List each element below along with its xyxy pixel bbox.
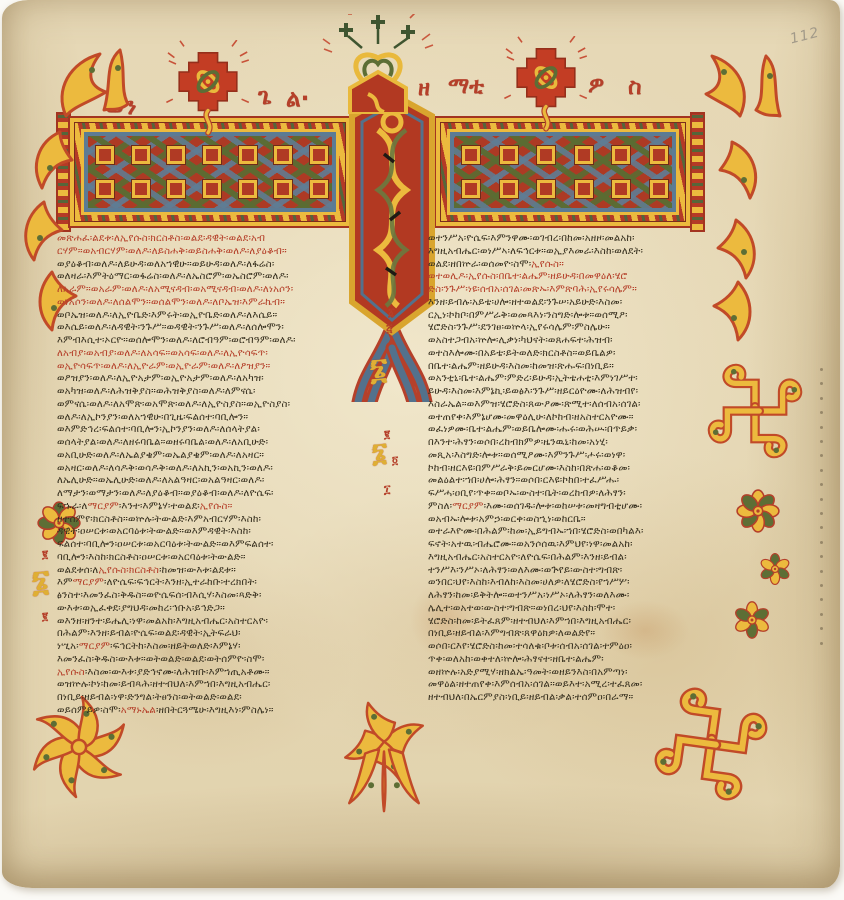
text-line: ወቦኤዝ፡ወለዶ፡ለኢዮቤድ፡እምሩት፡ወኢዮቤድ፡ወለዶ፡ለእሴይ።: [57, 310, 353, 323]
text-line: ምስለ፡ማርያም፡እሙ፡ወሰገዱ፡ሎቱ፡ወከሠቱ፡መዛግብቲሆሙ፡: [428, 501, 730, 514]
text-line: ወአንቲኒ፡ቤተ፡ልሔም፡ምድረ፡ይሁዳ፡ኢትቴሐቲ፡እምነገሥተ፡: [428, 373, 730, 386]
text-line: በቤተ፡ልሔም፡ዘይሁዳ፡እስመ፡ከመዝ፡ጽሑፍ፡በነቢይ።: [428, 361, 730, 374]
title-part: ስ: [628, 74, 642, 100]
stepped-cross-right: [504, 36, 588, 140]
text-line: ዘተብህለ፡በኤርምያስ፡ነቢይ፡ዘይብል፡ቃል፡ተሰምዐ፡በራማ።: [428, 692, 730, 705]
text-line: ርሃም።ወአብርሃም፡ወለዶ፡ለይስሐቅ፡ወይስሐቅ፡ወለዶ፡ለያዕቆብ።: [57, 246, 353, 259]
text-line: ባቢሎን፡እስከ፡ክርስቶስ፡ዐሠርቱ፡ወአርባዕቱ፡ትውልድ።: [57, 552, 353, 565]
stud-square: [612, 180, 630, 198]
text-line: እግዚአብሔር፡አስተርአዮ፡ለዮሴፍ፡በሕልም፡እንዘ፡ይብል፡: [428, 552, 730, 565]
section-number: ፪: [42, 610, 48, 624]
text-line: ወለዛራ፡እምትዕማር፡ወፋሬስ፡ወለዶ፡ለኤስሮም፡ወኤስሮም፡ወለዶ፡: [57, 271, 353, 284]
interlace-lattice-field: [454, 136, 672, 208]
text-line: ወእምድኅረ፡ፍልሰተ፡ባቢሎን፡ኢኮንያን፡ወለዶ፡ለሰላትያል፡: [57, 424, 353, 437]
title-part: ጌ: [258, 84, 272, 110]
text-line: ወዖዝያን፡ወለዶ፡ለኢዮአታም፡ወኢዮአታም፡ወለዶ፡ለአካዝ፡: [57, 373, 353, 386]
text-line: ሌሊተ፡ወአተወ፡ውስተ፡ግብጽ።ወነበረ፡ህየ፡እስከ፡ሞተ፡: [428, 603, 730, 616]
pricking-dot: [820, 469, 823, 472]
stud-square: [575, 146, 593, 164]
text-line: ወአዛር፡ወለዶ፡ለሳዶቅ፡ወሳዶቅ፡ወለዶ፡ለአኪን፡ወአኪን፡ወለዶ፡: [57, 463, 353, 476]
stud-square: [500, 180, 518, 198]
text-line: ወይሰምይዎ፡ስሞ፡አማኑኤል፡ዘበትርጓሜሁ፡እግዚእነ፡ምስሌነ።: [57, 705, 353, 718]
text-line: እስራኤል።ወእምዝ፡ሄሮድስ፡ጸውዖሙ፡ጽሚተ፡ለሰብአ፡ሰገል፡: [428, 399, 730, 412]
text-line: መጺአ፡እስግድ፡ሎቱ።ወሰሚዖሙ፡እምንጉሥ፡ሖሩ፡ወነዋ፡: [428, 450, 730, 463]
stud-square: [239, 180, 257, 198]
text-line: ወተስእሎሙ፡በአይቴ፡ይትወለድ፡ክርስቶስ።ወይቤልዎ፡: [428, 348, 730, 361]
text-line: ኢየሱስ፡እስመ፡ውእቱ፡ያድኅኖሙ፡ለሕዝቡ፡እምኀጢአቶሙ።: [57, 667, 353, 680]
text-line: ፍልሰተ፡ባቢሎን፡ዐሠርቱ፡ወአርባዕቱ፡ትውልድ።ወእምፍልሰተ፡: [57, 539, 353, 552]
title-part: ዎ: [588, 72, 604, 98]
section-number: ፮: [370, 352, 388, 387]
text-line: መዋዕል፡ዘተጠየቀ፡እምሰብአ፡ሰገል።ወይእተ፡አሚረ፡ተፈጸመ፡: [428, 679, 730, 692]
text-line: መጽሐፈ፡ልደቱ፡ለኢየሱስ፡ክርስቶስ፡ወልደ፡ዳዊት፡ወልደ፡አብ: [57, 233, 353, 246]
top-finial-triple-cross: [322, 14, 434, 114]
text-line: ፍኖት፡አተዉ፡ብሔሮሙ።ወአንሶሰዉ፡እምህየ፡ነዋ፡መልአከ፡: [428, 539, 730, 552]
pricking-dot: [820, 584, 823, 587]
text-line: ወፈነዎሙ፡ቤተ፡ልሔም፡ወይቤሎሙ፡ሑሩ፡ወሕሡ፡በጥይቃ፡: [428, 424, 730, 437]
pricking-dot: [820, 642, 823, 645]
text-line: ወዝኵሉ፡ኮነ፡ከመ፡ይብጻሕ፡ዘተብህለ፡እምኀበ፡እግዚአብሔር፡: [57, 679, 353, 692]
text-line: ወነአሶን፡ወለዶ፡ለሰልሞን።ወሰልሞን፡ወለዶ፡ለቦኤዝ፡እምራኬብ።: [57, 297, 353, 310]
stud-square: [310, 180, 328, 198]
text-line: ወተወሊዶ፡ኢየሱስ፡በቤተ፡ልሔም፡ዘይሁዳ፡በመዋዕለ፡ሄሮ: [428, 271, 730, 284]
stud-square: [650, 180, 668, 198]
text-line: ሄሮድስ፡ንጉሥ፡ደንገፀ፡ወኵላ፡ኢየሩሳሌም፡ምስሌሁ።: [428, 322, 730, 335]
stud-square: [500, 146, 518, 164]
stud-square: [203, 146, 221, 164]
text-line: ወኢዮሳፍጥ፡ወለዶ፡ለኢዮራም፡ወኢዮራም፡ወለዶ፡ለዖዝያን።: [57, 361, 353, 374]
text-line: እንዘ፡ይብሉ፡አይቴ፡ሀሎ፡ዘተወልደ፡ንጉሠ፡አይሁድ፡እስመ፡: [428, 297, 730, 310]
text-line: ሄሮድስ፡ከመ፡ይትፈጸም፡ዘተብህለ፡እምኀበ፡እግዚአብሔር፡: [428, 616, 730, 629]
text-line: ወምናሴ፡ወለዶ፡ለአሞጽ፡ወአሞጽ፡ወለዶ፡ለኢዮስያስ።ወኢዮስያስ፡: [57, 399, 353, 412]
text-line: ነሢአ፡ማርያም፡ፍኅርትከ፡እስመ፡ዘይትወለድ፡እምኔሃ፡: [57, 641, 353, 654]
text-line: ወሰላትያል፡ወለዶ፡ለዘሩባቤል።ወዘሩባቤል፡ወለዶ፡ለአቢሁድ፡: [57, 437, 353, 450]
text-line: እመንፈስ፡ቅዱስ፡ውእቱ።ወትወልድ፡ወልደ፡ወትሰምዮ፡ስሞ፡: [57, 654, 353, 667]
stud-square: [239, 146, 257, 164]
stud-square: [650, 146, 668, 164]
section-number: ፮: [32, 564, 50, 599]
text-line: ለማታን፡ወማታን፡ወለዶ፡ለያዕቆብ።ወያዕቆብ፡ወለዶ፡ለዮሴፍ፡: [57, 488, 353, 501]
text-line: ድስ፡ንጉሥ፡ነዩ፡ሰብአ፡ሰገል፡መጽኡ፡እምጽባሕ፡ኢየሩሳሌም።: [428, 284, 730, 297]
pricking-dot: [820, 541, 823, 544]
stud-square: [462, 180, 480, 198]
text-line: ወእሴይ፡ወለዶ፡ለዳዊት፡ንጉሥ።ወዳዊት፡ንጉሥ፡ወለዶ፡ለሰሎሞን፡: [57, 322, 353, 335]
pricking-dot: [820, 498, 823, 501]
text-line: ኮከብ፡ዘርእዩ፡በምሥራቅ፡ይመርሆሙ፡እስከ፡በጽሐ፡ወቆመ፡: [428, 463, 730, 476]
stud-square: [274, 146, 292, 164]
stud-square: [310, 146, 328, 164]
stepped-cross-left: [166, 40, 250, 144]
text-line: ወልደቱሰ፡ለኢየሱስ፡ክርስቶስ፡ከመዝ፡ውእቱ፡ልደቱ።: [57, 565, 353, 578]
text-line: ርኢነ፡ኮከቦ፡በምሥራቅ፡ወመጻእነ፡ንስግድ፡ሎቱ።ወሰሚዖ፡: [428, 310, 730, 323]
pricking-dot: [820, 512, 823, 515]
text-line: ፅንስተ፡እመንፈስ፡ቅዱስ።ወዮሴፍሰ፡ብእሲሃ፡እስመ፡ጻድቅ፡: [57, 590, 353, 603]
text-line: ለሕፃን፡ከመ፡ይቅትሎ።ወተንሥአ፡ነሥኦ፡ለሕፃን፡ወለእሙ፡: [428, 590, 730, 603]
text-line: ወዘኵሉ፡አድያሚሃ፡ዘክልኤ፡ዓመት፡ወዘይንእስ፡በአምጣነ፡: [428, 667, 730, 680]
text-line: ወንበር፡ህየ፡እስከ፡እብለከ፡እስመ፡ሀለዎ፡ለሄሮድስ፡የኀሥሦ፡: [428, 577, 730, 590]
title-part: ማቲ: [448, 74, 484, 99]
rosette: [732, 600, 772, 640]
stud-square: [462, 146, 480, 164]
text-line: ለአራም።ወአራም፡ወለዶ፡ለአሚናዳብ፡ወአሚናዳብ፡ወለዶ፡ለነአሶን፡: [57, 284, 353, 297]
text-line: ፍሥሓ፡ዐቢየ፡ጥቀ።ወቦኡ፡ውስተ፡ቤት፡ወረከብዎ፡ለሕፃን፡: [428, 488, 730, 501]
text-line: ወለዶ፡ለኢኮንያን፡ወለአኀዊሁ፡በጊዜ፡ፍልሰተ፡ባቢሎን።: [57, 412, 353, 425]
text-line: ወሶበ፡ርእየ፡ሄሮድስ፡ከመ፡ተሳለቁ፡ቦቱ፡ሰብአ፡ሰገል፡ተምዕዐ፡: [428, 641, 730, 654]
text-line: እግዚአብሔር፡ወነሥኣ፡ለፍኅርቱ።ወኢያእመራ፡እስከ፡ወለደት፡: [428, 246, 730, 259]
stud-square: [612, 146, 630, 164]
text-line: በነቢይ፡ዘይብል፡እምግብጽ፡ጸዋዕክዎ፡ለወልድየ።: [428, 628, 730, 641]
text-line: ፍኁራ፡ለማርያም፡እንተ፡እምኔሃ፡ተወልደ፡ኢየሱስ።: [57, 501, 353, 514]
text-line: ይሁዳ፡እስመ፡እምኔኪ፡ይወፅእ፡ንጉሥ፡ዘይርዕዮሙ፡ለሕዝብየ፡: [428, 386, 730, 399]
stud-square: [167, 180, 185, 198]
stud-square: [575, 180, 593, 198]
text-line: መልዕልተ፡ኀበ፡ሀሎ፡ሕፃን።ወሶበ፡ርእዩ፡ኮከበ፡ተፈሥሑ፡: [428, 475, 730, 488]
text-column-left: መጽሐፈ፡ልደቱ፡ለኢየሱስ፡ክርስቶስ፡ወልደ፡ዳዊት፡ወልደ፡አብርሃም።ወ…: [57, 233, 353, 718]
section-number: ፪: [42, 548, 48, 562]
text-line: ወአብኡ፡ሎቱ፡አምኃ፡ወርቀ፡ወስኂነ፡ወከርቤ።: [428, 514, 730, 527]
manuscript-scan: { "folio_number": "112", "title": { "ass…: [0, 0, 844, 900]
text-line: ውእቱ፡ወኢፈቀደ፡ያግህዳ፡መከረ፡ኅቡአ፡ይኅድጋ።: [57, 603, 353, 616]
stud-square: [167, 146, 185, 164]
rosette: [758, 552, 792, 586]
text-line: ወአቢሁድ፡ወለዶ፡ለኤልያቄም፡ወኤልያቄም፡ወለዶ፡ለአዛር።: [57, 450, 353, 463]
text-column-right: ወተንሥአ፡ዮሴፍ፡እምንዋሙ፡ወገብረ፡በከመ፡አዘዞ፡መልአከ፡እግዚአብሔ…: [428, 233, 730, 705]
section-number: ፮: [372, 438, 387, 469]
text-line: ወተራእዮሙ፡በሕልም፡ከመ፡ኢይግብኡ፡ኀበ፡ሄሮድስ፡ወበካልእ፡: [428, 526, 730, 539]
text-line: ለአብያ፡ወአብያ፡ወለዶ፡ለአሳፍ።ወአሳፍ፡ወለዶ፡ለኢዮሳፍጥ፡: [57, 348, 353, 361]
text-line: እምብእሲተ፡ኦርዮ።ወሰሎሞን፡ወለዶ፡ለሮብዓም፡ወሮብዓም፡ወለዶ፡: [57, 335, 353, 348]
text-line: እምማርያም፡ለዮሴፍ፡ፍኅርት፡እንዘ፡ኢተራከቡ፡ተረክበት፡: [57, 577, 353, 590]
text-line: በሕልም፡እንዘ፡ይብል፡ዮሴፍ፡ወልደ፡ዳዊት፡ኢትፍራህ፡: [57, 628, 353, 641]
text-line: ወተንሥአ፡ዮሴፍ፡እምንዋሙ፡ወገብረ፡በከመ፡አዘዞ፡መልአከ፡: [428, 233, 730, 246]
text-line: ወልደ፡ዘበኵራ፡ወሰመዮ፡ስሞ፡ኢየሱስ።: [428, 259, 730, 272]
section-number: ፲: [384, 482, 390, 497]
text-line: ወተጠየቀ፡እምኔሆሙ፡መዋዕሊሁ፡ለኮከብ፡ዘአስተርአዮሙ።: [428, 412, 730, 425]
rosette: [735, 488, 781, 534]
section-number: ፭: [386, 322, 392, 336]
text-line: ለኤሊሁድ።ወኤሊሁድ፡ወለዶ፡ለአልዓዛር፡ወአልዓዛር፡ወለዶ፡: [57, 475, 353, 488]
text-line: በእንተ፡ሕፃን፡ወሶበ፡ረከብክምዎ፡ዜንዉኒ፡ከመ፡አነሂ፡: [428, 437, 730, 450]
text-line: ዳዊት፡ዐሠርቱ፡ወአርባዕቱ፡ትውልድ።ወእምዳዊት፡እስከ፡: [57, 526, 353, 539]
title-part: ል·: [286, 86, 309, 112]
text-line: በነቢይ፡ዘይብል፡ነዋ፡ድንግል፡ትፀንስ፡ወትወልድ፡ወልደ፡: [57, 692, 353, 705]
text-line: ወአካዝ፡ወለዶ፡ለሕዝቅያስ።ወሕዝቅያስ፡ወለዶ፡ለምናሴ፡: [57, 386, 353, 399]
text-line: ወእንዘ፡ዘንተ፡ይሔሊ፡ነዋ፡መልአከ፡እግዚአብሔር፡አስተርአዮ፡: [57, 616, 353, 629]
stud-square: [537, 146, 555, 164]
pricking-dot: [820, 368, 823, 371]
stud-square: [274, 180, 292, 198]
text-line: ወአስተጋብአ፡ኵሎ፡ሊቃነ፡ካህናት፡ወጸሐፍተ፡ሕዝብ፡: [428, 335, 730, 348]
pricking-dot: [820, 570, 823, 573]
pricking-dot: [820, 613, 823, 616]
stud-square: [203, 180, 221, 198]
text-line: ጥቀ፡ወለአከ፡ወቀተለ፡ኵሎ፡ሕፃናተ፡ዘቤተ፡ልሔም፡: [428, 654, 730, 667]
section-number: ፩: [388, 306, 395, 320]
pricking-dot: [820, 426, 823, 429]
section-number: ፬: [392, 454, 398, 468]
text-line: ተንሥእ፡ንሥኦ፡ለሕፃን፡ወለእሙ፡ወጕየይ፡ውስተ፡ግብጽ፡: [428, 565, 730, 578]
stud-square: [537, 180, 555, 198]
text-line: ዘተሰምየ፡ክርስቶስ።ወኵሉ፡ትውልድ፡እምአብርሃም፡እስከ፡: [57, 514, 353, 527]
pricking-dot: [820, 397, 823, 400]
pricking-dot: [820, 440, 823, 443]
text-line: ወያዕቆብ፡ወለዶ፡ለይሁዳ፡ወለአኀዊሁ።ወይሁዳ፡ወለዶ፡ለፋሬስ፡: [57, 259, 353, 272]
